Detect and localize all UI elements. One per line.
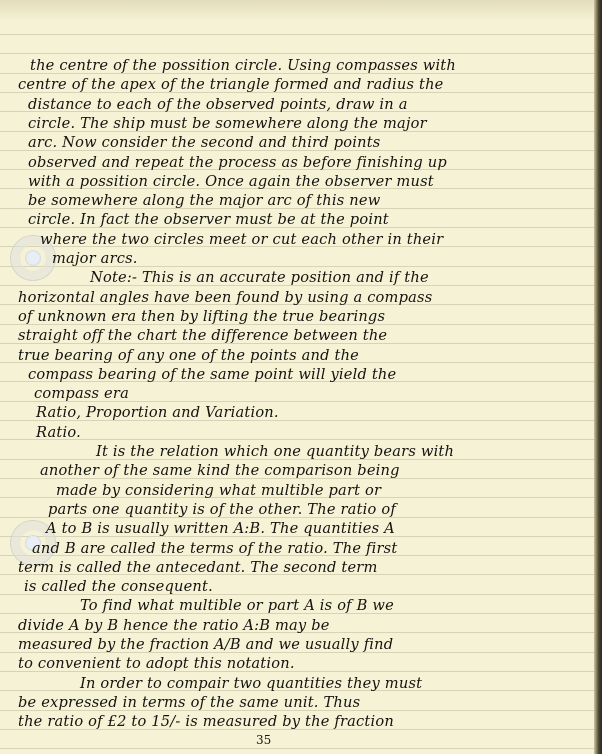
text-line: be expressed in terms of the same unit. …: [18, 693, 360, 712]
ruled-line: [0, 53, 594, 54]
notebook-page: the centre of the possition circle. Usin…: [0, 0, 594, 754]
page-number: 35: [256, 733, 271, 747]
text-line: be somewhere along the major arc of this…: [28, 191, 380, 210]
text-line: To find what multible or part A is of B …: [80, 596, 394, 615]
ruled-line: [0, 439, 594, 440]
text-line: made by considering what multible part o…: [56, 481, 381, 500]
text-line: major arcs.: [52, 249, 138, 268]
text-line: the ratio of £2 to 15/- is measured by t…: [18, 712, 394, 731]
text-line: term is called the antecedant. The secon…: [18, 558, 378, 577]
text-line: Note:- This is an accurate position and …: [90, 268, 429, 287]
text-line: arc. Now consider the second and third p…: [28, 133, 380, 152]
text-line: Ratio, Proportion and Variation.: [36, 403, 279, 422]
text-line: distance to each of the observed points,…: [28, 95, 408, 114]
text-line: compass era: [34, 384, 129, 403]
text-line: to convenient to adopt this notation.: [18, 654, 295, 673]
text-line: Ratio.: [36, 423, 81, 442]
text-line: observed and repeat the process as befor…: [28, 153, 447, 172]
page-edge-shadow: [594, 0, 602, 754]
text-line: of unknown era then by lifting the true …: [18, 307, 385, 326]
text-line: another of the same kind the comparison …: [40, 461, 400, 480]
text-line: divide A by B hence the ratio A:B may be: [18, 616, 330, 635]
text-line: where the two circles meet or cut each o…: [40, 230, 443, 249]
text-line: circle. In fact the observer must be at …: [28, 210, 389, 229]
text-line: horizontal angles have been found by usi…: [18, 288, 432, 307]
text-line: centre of the apex of the triangle forme…: [18, 75, 444, 94]
text-line: with a possition circle. Once again the …: [28, 172, 434, 191]
text-line: It is the relation which one quantity be…: [96, 442, 454, 461]
text-line: the centre of the possition circle. Usin…: [30, 56, 456, 75]
text-line: straight off the chart the difference be…: [18, 326, 387, 345]
text-line: A to B is usually written A:B. The quant…: [46, 519, 395, 538]
text-line: and B are called the terms of the ratio.…: [32, 539, 397, 558]
text-line: true bearing of any one of the points an…: [18, 346, 359, 365]
text-line: is called the consequent.: [24, 577, 213, 596]
text-line: compass bearing of the same point will y…: [28, 365, 396, 384]
ruled-line: [0, 748, 594, 749]
text-line: measured by the fraction A/B and we usua…: [18, 635, 393, 654]
text-line: In order to compair two quantities they …: [80, 674, 422, 693]
text-line: circle. The ship must be somewhere along…: [28, 114, 427, 133]
ruled-line: [0, 34, 594, 35]
text-line: parts one quantity is of the other. The …: [48, 500, 396, 519]
